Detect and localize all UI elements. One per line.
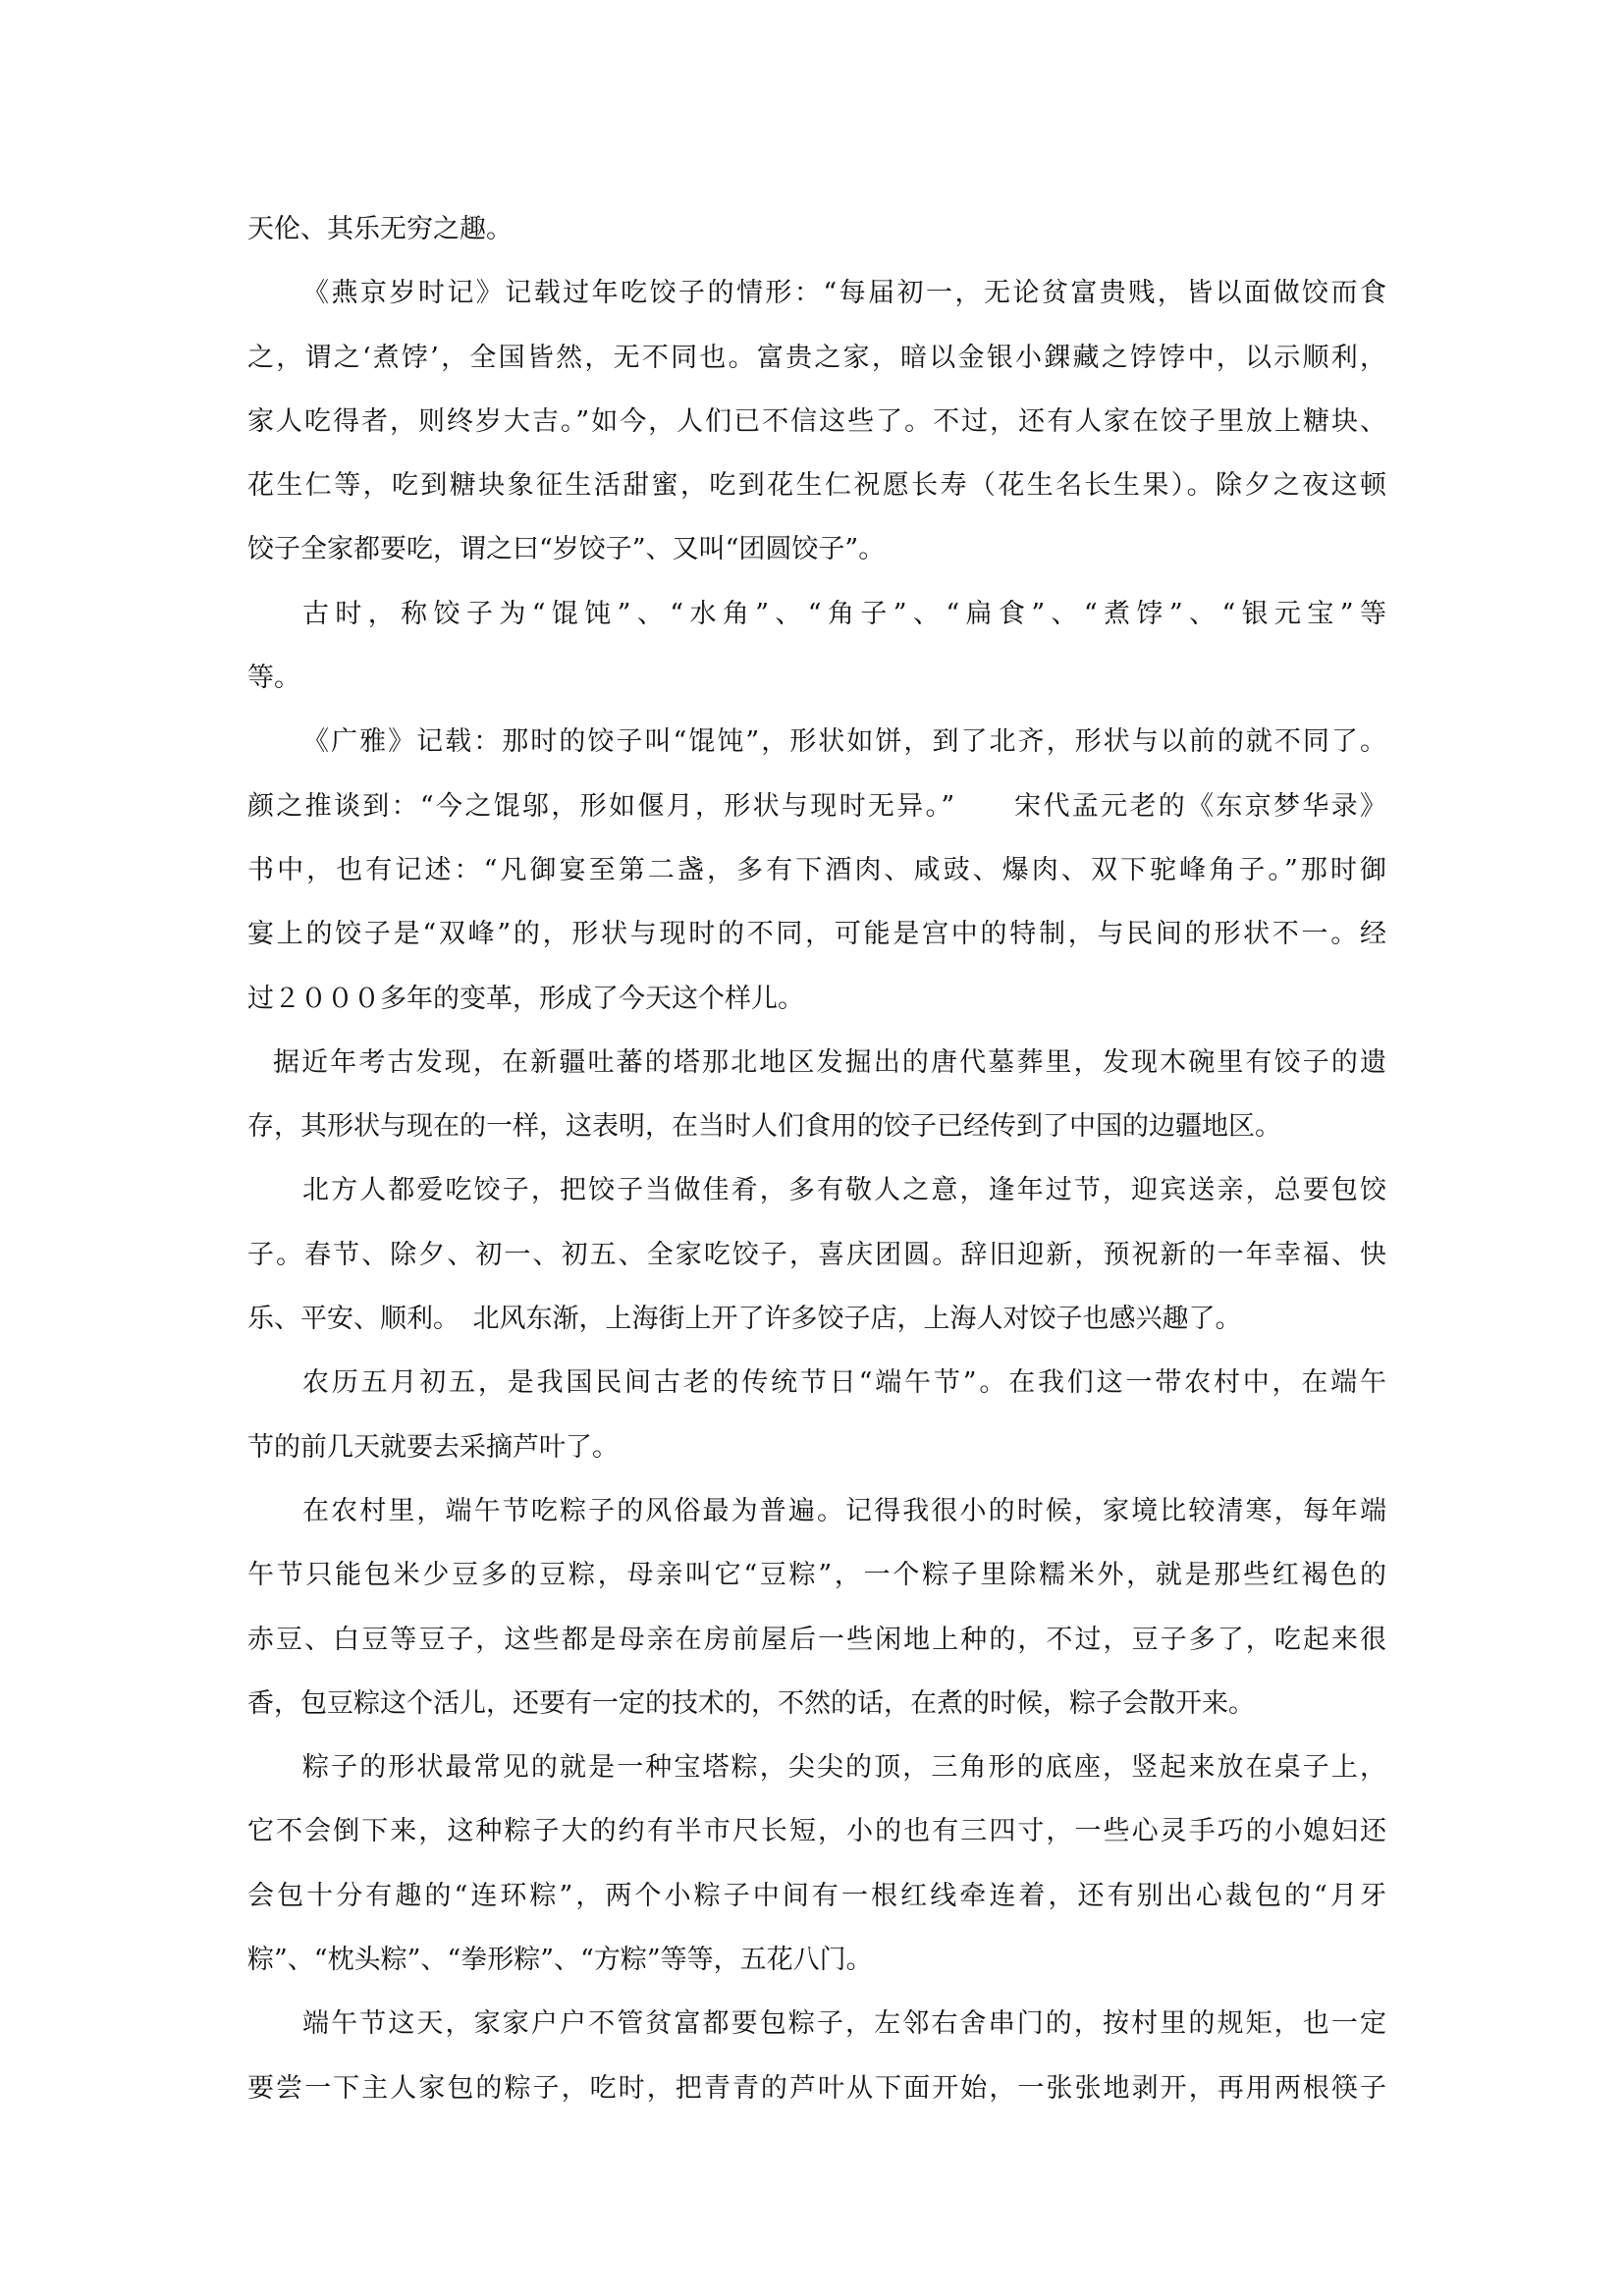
text-line: 古时，称饺子为“馄饨”、“水角”、“角子”、“扁食”、“煮饽”、“银元宝”等 xyxy=(247,595,1386,659)
text-line: 在农村里，端午节吃粽子的风俗最为普遍。记得我很小的时候，家境比较清寒，每年端 xyxy=(247,1492,1386,1556)
text-line: 《广雅》记载：那时的饺子叫“馄饨”，形状如饼，到了北齐，形状与以前的就不同了。 xyxy=(247,722,1386,786)
text-line: 要尝一下主人家包的粽子，吃时，把青青的芦叶从下面开始，一张张地剥开，再用两根筷子 xyxy=(247,2069,1386,2133)
text-line: 粽”、“枕头粽”、“拳形粽”、“方粽”等等，五花八门。 xyxy=(247,1941,1386,2004)
text-line: 存，其形状与现在的一样，这表明，在当时人们食用的饺子已经传到了中国的边疆地区。 xyxy=(247,1107,1386,1171)
text-line: 家人吃得者，则终岁大吉。”如今，人们已不信这些了。不过，还有人家在饺子里放上糖块… xyxy=(247,402,1386,466)
text-line: 会包十分有趣的“连环粽”，两个小粽子中间有一根红线牵连着，还有别出心裁包的“月牙 xyxy=(247,1877,1386,1941)
text-line: 农历五月初五，是我国民间古老的传统节日“端午节”。在我们这一带农村中，在端午 xyxy=(247,1363,1386,1427)
text-line: 它不会倒下来，这种粽子大的约有半市尺长短，小的也有三四寸，一些心灵手巧的小媳妇还 xyxy=(247,1812,1386,1876)
text-line: 过２０００多年的变革，形成了今天这个样儿。 xyxy=(247,980,1386,1043)
text-line: 花生仁等，吃到糖块象征生活甜蜜，吃到花生仁祝愿长寿（花生名长生果）。除夕之夜这顿 xyxy=(247,466,1386,530)
text-line: 赤豆、白豆等豆子，这些都是母亲在房前屋后一些闲地上种的，不过，豆子多了，吃起来很 xyxy=(247,1621,1386,1684)
document-body: 天伦、其乐无穷之趣。 《燕京岁时记》记载过年吃饺子的情形：“每届初一，无论贫富贵… xyxy=(247,210,1386,2133)
text-line: 宴上的饺子是“双峰”的，形状与现时的不同，可能是宫中的特制，与民间的形状不一。经 xyxy=(247,915,1386,979)
text-line: 颜之推谈到：“今之馄邬，形如偃月，形状与现时无异。” 宋代孟元老的《东京梦华录》 xyxy=(247,787,1386,851)
text-line: 书中，也有记述：“凡御宴至第二盏，多有下酒肉、咸豉、爆肉、双下驼峰角子。”那时御 xyxy=(247,851,1386,915)
document-page: 天伦、其乐无穷之趣。 《燕京岁时记》记载过年吃饺子的情形：“每届初一，无论贫富贵… xyxy=(0,0,1624,2296)
text-line: 据近年考古发现，在新疆吐蕃的塔那北地区发掘出的唐代墓葬里，发现木碗里有饺子的遗 xyxy=(247,1043,1386,1107)
text-line: 《燕京岁时记》记载过年吃饺子的情形：“每届初一，无论贫富贵贱，皆以面做饺而食 xyxy=(247,274,1386,338)
text-line: 节的前几天就要去采摘芦叶了。 xyxy=(247,1428,1386,1492)
text-line: 午节只能包米少豆多的豆粽，母亲叫它“豆粽”，一个粽子里除糯米外，就是那些红褐色的 xyxy=(247,1556,1386,1620)
text-line: 等。 xyxy=(247,659,1386,722)
text-line: 香，包豆粽这个活儿，还要有一定的技术的，不然的话，在煮的时候，粽子会散开来。 xyxy=(247,1684,1386,1748)
text-line: 子。春节、除夕、初一、初五、全家吃饺子，喜庆团圆。辞旧迎新，预祝新的一年幸福、快 xyxy=(247,1236,1386,1300)
text-line: 天伦、其乐无穷之趣。 xyxy=(247,210,1386,274)
text-line: 之，谓之‘煮饽’，全国皆然，无不同也。富贵之家，暗以金银小錁藏之饽饽中，以示顺利… xyxy=(247,339,1386,402)
text-line: 端午节这天，家家户户不管贫富都要包粽子，左邻右舍串门的，按村里的规矩，也一定 xyxy=(247,2004,1386,2068)
text-line: 饺子全家都要吃，谓之曰“岁饺子”、又叫“团圆饺子”。 xyxy=(247,530,1386,594)
text-line: 乐、平安、顺利。 北风东渐，上海街上开了许多饺子店，上海人对饺子也感兴趣了。 xyxy=(247,1300,1386,1363)
text-line: 粽子的形状最常见的就是一种宝塔粽，尖尖的顶，三角形的底座，竖起来放在桌子上， xyxy=(247,1748,1386,1812)
text-line: 北方人都爱吃饺子，把饺子当做佳肴，多有敬人之意，逢年过节，迎宾送亲，总要包饺 xyxy=(247,1171,1386,1235)
